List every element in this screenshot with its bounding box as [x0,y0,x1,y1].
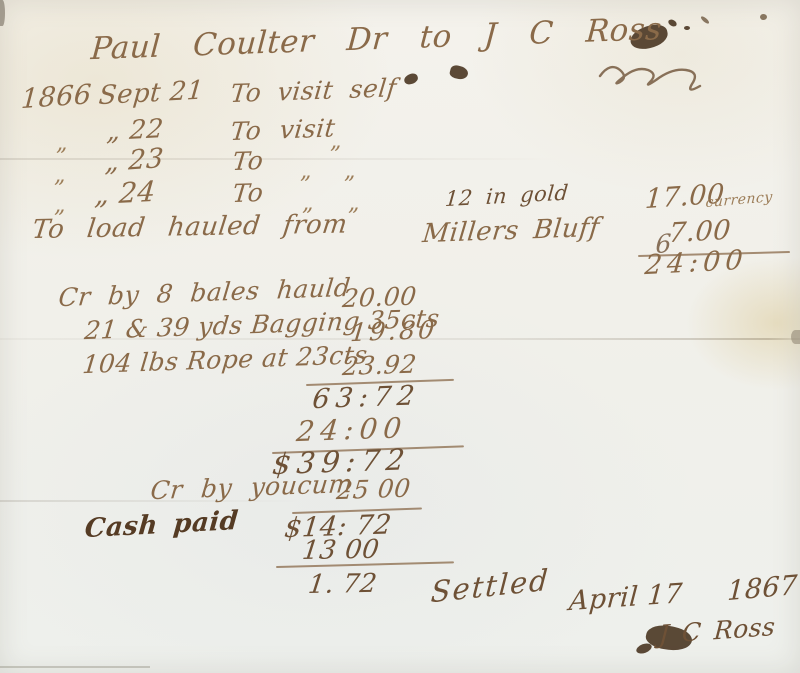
ink-blot [403,72,420,86]
ink-speck [760,14,767,20]
entry-desc: To visit [229,115,336,144]
entry-date: „ 23 [104,145,165,176]
scanned-ledger-document: Paul Coulter Dr to J C Ross 1866 Sept 21… [0,0,800,673]
entry-desc: To [231,180,264,206]
entry-desc: To [231,148,264,174]
settled-year: 1867 [727,572,799,605]
ditto-mark: „ [300,161,312,183]
entry-date: „ 24 [94,178,157,209]
credit-desc: Cr by 8 bales hauld [57,275,352,310]
entry-year: 1866 [20,81,92,113]
entry-desc: To visit self [229,75,398,106]
ink-blot [684,26,690,30]
entry-date: „ 22 [106,116,165,145]
ditto-mark: „ [56,133,68,155]
amount-total: 24:00 [644,247,749,280]
illegible-scribble [596,50,706,92]
ditto-mark: „ [54,165,66,187]
cash-paid-label: Cash paid [84,508,240,542]
cash-deduct-amount: 13 00 [301,537,381,564]
settled-word: Settled [430,566,551,608]
subtotal-amount: 63:72 [311,382,422,413]
currency-label: currency [705,190,773,210]
ditto-mark: „ [330,131,342,153]
ink-blot [667,18,678,28]
ditto-mark: „ [344,161,356,183]
credit-amount: 23.92 [341,351,418,379]
ledger-title: Paul Coulter Dr to J C Ross [90,14,663,65]
credit-desc: 104 lbs Rope at 23cts [81,342,369,377]
haul-place: Millers Bluff [421,215,601,247]
haul-entry: To load hauled from [31,212,349,244]
credit2-desc: Cr by youcum [149,471,354,503]
signature: J C Ross [658,614,776,647]
ink-blot [635,642,653,656]
settled-date: April 17 [568,580,684,615]
right-edge-notch [791,330,800,344]
amount-second: 7.00 [668,217,732,247]
remainder-amount: 1. 72 [307,571,379,598]
ditto-mark: „ [348,193,360,215]
ink-blot [449,64,470,81]
less-amount: 24:00 [295,414,409,446]
bottom-edge-shadow [0,666,150,668]
ink-speck [700,15,710,24]
entry-date: Sept 21 [98,77,205,109]
fold-crease [0,158,560,160]
gold-note: 12 in gold [444,183,569,211]
left-edge-tear [0,0,5,26]
credit2-amount: 25 00 [335,475,412,503]
